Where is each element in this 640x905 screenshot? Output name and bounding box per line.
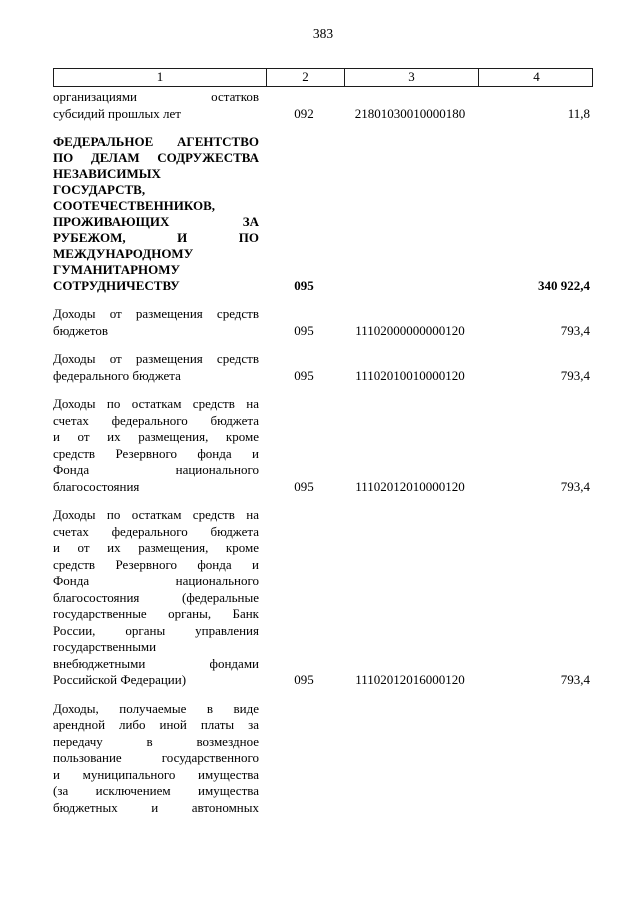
row-name-line: передачу в возмездное [53,734,259,751]
amount-value: 793,4 [477,479,593,496]
row-name-line: ГОСУДАРСТВ, [53,182,259,198]
row-name-line: субсидий прошлых лет [53,106,259,123]
amount-value: 793,4 [477,672,593,689]
row-name-line: СООТЕЧЕСТВЕННИКОВ, [53,198,259,214]
row-name-line: государственные органы, Банк [53,606,259,623]
table-row: Доходы по остаткам средств насчетах феде… [53,396,593,495]
table-row: организациями остатковсубсидий прошлых л… [53,89,593,122]
row-name-line: Фонда национального [53,462,259,479]
chief-administrator-code: 095 [265,479,343,496]
row-name: Доходы, получаемые в видеарендной либо и… [53,701,265,817]
chief-administrator-code: 095 [265,672,343,689]
chief-administrator-code: 092 [265,106,343,123]
row-name-line: Доходы от размещения средств [53,351,259,368]
column-header-3: 3 [344,69,478,86]
row-name-line: Фонда национального [53,573,259,590]
row-name-line: бюджетных и автономных [53,800,259,817]
row-name-line: средств Резервного фонда и [53,557,259,574]
table-row: ФЕДЕРАЛЬНОЕ АГЕНТСТВОПО ДЕЛАМ СОДРУЖЕСТВ… [53,134,593,294]
row-name-line: ГУМАНИТАРНОМУ [53,262,259,278]
row-name-line: средств Резервного фонда и [53,446,259,463]
budget-classification-code: 11102012010000120 [343,479,477,496]
row-name-line: арендной либо иной платы за [53,717,259,734]
row-name-line: Доходы по остаткам средств на [53,396,259,413]
row-name-line: государственными [53,639,259,656]
budget-classification-code: 11102010010000120 [343,368,477,385]
table-row: Доходы, получаемые в видеарендной либо и… [53,701,593,817]
amount-value: 340 922,4 [477,278,593,295]
document-page: 383 1 2 3 4 организациями остатковсубсид… [0,0,640,905]
amount-value: 793,4 [477,368,593,385]
column-header-4: 4 [478,69,594,86]
row-name-line: Доходы от размещения средств [53,306,259,323]
row-name: Доходы по остаткам средств насчетах феде… [53,396,265,495]
chief-administrator-code: 095 [265,323,343,340]
table-row: Доходы от размещения средствфедерального… [53,351,593,384]
row-name-line: МЕЖДУНАРОДНОМУ [53,246,259,262]
table-row: Доходы по остаткам средств насчетах феде… [53,507,593,689]
row-name-line: счетах федерального бюджета [53,524,259,541]
row-name-line: РУБЕЖОМ, И ПО [53,230,259,246]
budget-classification-code: 21801030010000180 [343,106,477,123]
row-name-line: и от их размещения, кроме [53,429,259,446]
row-name-line: бюджетов [53,323,259,340]
row-name-line: ПРОЖИВАЮЩИХ ЗА [53,214,259,230]
budget-classification-code: 11102012016000120 [343,672,477,689]
row-name: Доходы от размещения средствбюджетов [53,306,265,339]
column-header-2: 2 [266,69,344,86]
row-name-line: и от их размещения, кроме [53,540,259,557]
row-name-line: благосостояния [53,479,259,496]
chief-administrator-code: 095 [265,278,343,295]
row-name-line: Российской Федерации) [53,672,259,689]
row-name: Доходы по остаткам средств насчетах феде… [53,507,265,689]
row-name-line: благосостояния (федеральные [53,590,259,607]
column-header-1: 1 [54,69,266,86]
row-name: ФЕДЕРАЛЬНОЕ АГЕНТСТВОПО ДЕЛАМ СОДРУЖЕСТВ… [53,134,265,294]
row-name-line: России, органы управления [53,623,259,640]
table-header-row: 1 2 3 4 [53,68,593,87]
row-name-line: пользование государственного [53,750,259,767]
row-name-line: Доходы, получаемые в виде [53,701,259,718]
row-name-line: организациями остатков [53,89,259,106]
row-name-line: счетах федерального бюджета [53,413,259,430]
row-name-line: и муниципального имущества [53,767,259,784]
table-body: организациями остатковсубсидий прошлых л… [53,89,593,828]
chief-administrator-code: 095 [265,368,343,385]
row-name-line: СОТРУДНИЧЕСТВУ [53,278,259,294]
row-name-line: НЕЗАВИСИМЫХ [53,166,259,182]
row-name-line: ПО ДЕЛАМ СОДРУЖЕСТВА [53,150,259,166]
row-name-line: федерального бюджета [53,368,259,385]
budget-classification-code: 11102000000000120 [343,323,477,340]
row-name: Доходы от размещения средствфедерального… [53,351,265,384]
amount-value: 11,8 [477,106,593,123]
amount-value: 793,4 [477,323,593,340]
row-name: организациями остатковсубсидий прошлых л… [53,89,265,122]
row-name-line: Доходы по остаткам средств на [53,507,259,524]
page-number: 383 [53,26,593,42]
table-row: Доходы от размещения средствбюджетов0951… [53,306,593,339]
row-name-line: ФЕДЕРАЛЬНОЕ АГЕНТСТВО [53,134,259,150]
row-name-line: внебюджетными фондами [53,656,259,673]
row-name-line: (за исключением имущества [53,783,259,800]
